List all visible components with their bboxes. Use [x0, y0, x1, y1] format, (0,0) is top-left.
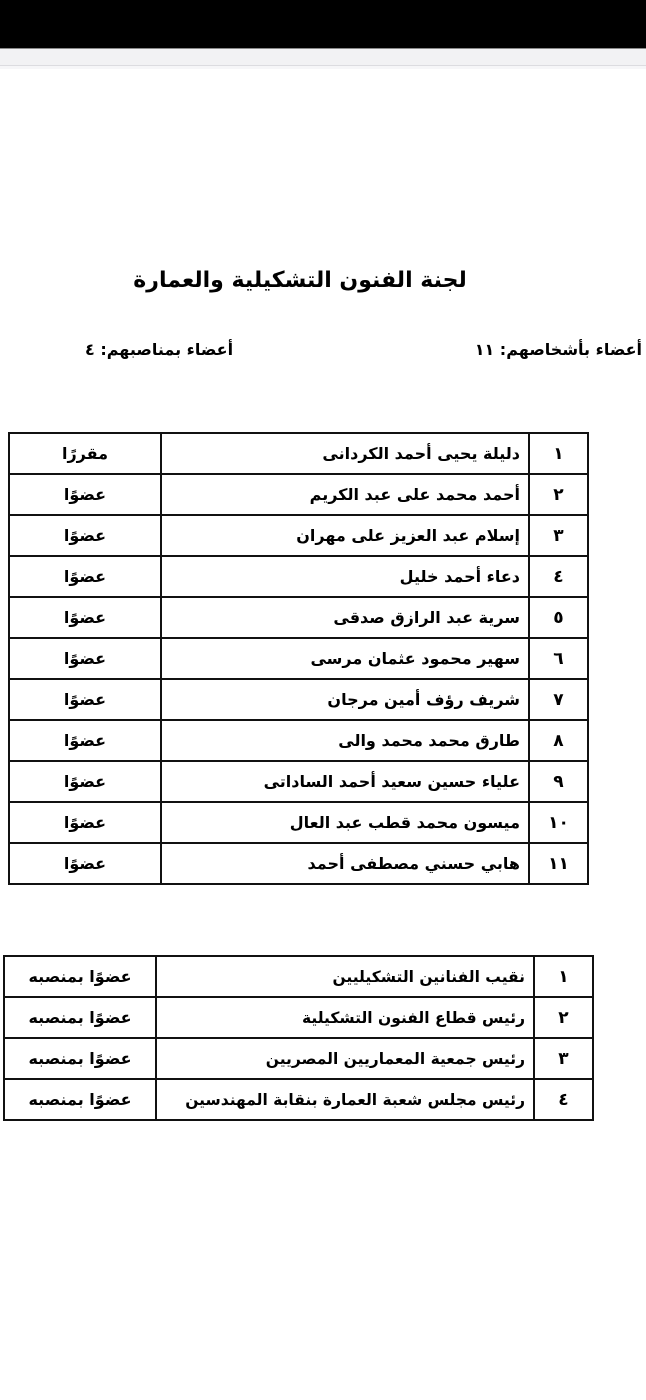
row-number: ٧	[529, 679, 588, 720]
member-name: ميسون محمد قطب عبد العال	[161, 802, 529, 843]
row-number: ١١	[529, 843, 588, 884]
row-number: ٨	[529, 720, 588, 761]
table-row: ٣ رئيس جمعية المعماريين المصريين عضوًا ب…	[4, 1038, 593, 1079]
member-role: عضوًا بمنصبه	[4, 1079, 156, 1120]
member-name: دليلة يحيى أحمد الكردانى	[161, 433, 529, 474]
positions-count-label: أعضاء بمناصبهم: ٤	[85, 340, 233, 359]
position-name: رئيس جمعية المعماريين المصريين	[156, 1038, 534, 1079]
table-row: ١٠ ميسون محمد قطب عبد العال عضوًا	[9, 802, 588, 843]
member-name: علياء حسين سعيد أحمد الساداتى	[161, 761, 529, 802]
members-by-position-table: ١ نقيب الفنانين التشكيليين عضوًا بمنصبه …	[3, 955, 594, 1121]
member-name: طارق محمد محمد والى	[161, 720, 529, 761]
row-number: ١	[534, 956, 593, 997]
row-number: ٩	[529, 761, 588, 802]
table-row: ١١ هابي حسني مصطفى أحمد عضوًا	[9, 843, 588, 884]
table-row: ٢ رئيس قطاع الفنون التشكيلية عضوًا بمنصب…	[4, 997, 593, 1038]
table-row: ٤ رئيس مجلس شعبة العمارة بنقابة المهندسي…	[4, 1079, 593, 1120]
table-row: ١ نقيب الفنانين التشكيليين عضوًا بمنصبه	[4, 956, 593, 997]
member-name: شريف رؤف أمين مرجان	[161, 679, 529, 720]
toolbar-shadow	[0, 66, 646, 69]
row-number: ١٠	[529, 802, 588, 843]
member-role: عضوًا	[9, 720, 161, 761]
member-role: عضوًا	[9, 597, 161, 638]
member-name: سرية عبد الرازق صدقى	[161, 597, 529, 638]
document-title: لجنة الفنون التشكيلية والعمارة	[0, 268, 600, 293]
table-row: ٤ دعاء أحمد خليل عضوًا	[9, 556, 588, 597]
member-role: عضوًا	[9, 843, 161, 884]
row-number: ٤	[534, 1079, 593, 1120]
member-name: سهير محمود عثمان مرسى	[161, 638, 529, 679]
position-name: رئيس مجلس شعبة العمارة بنقابة المهندسين	[156, 1079, 534, 1120]
row-number: ٥	[529, 597, 588, 638]
member-role: عضوًا بمنصبه	[4, 956, 156, 997]
member-role: عضوًا بمنصبه	[4, 1038, 156, 1079]
member-name: إسلام عبد العزيز على مهران	[161, 515, 529, 556]
member-role: عضوًا	[9, 638, 161, 679]
members-by-person-table: ١ دليلة يحيى أحمد الكردانى مقررًا ٢ أحمد…	[8, 432, 589, 885]
position-name: نقيب الفنانين التشكيليين	[156, 956, 534, 997]
table-row: ٦ سهير محمود عثمان مرسى عضوًا	[9, 638, 588, 679]
table-row: ٩ علياء حسين سعيد أحمد الساداتى عضوًا	[9, 761, 588, 802]
member-name: دعاء أحمد خليل	[161, 556, 529, 597]
table-row: ٨ طارق محمد محمد والى عضوًا	[9, 720, 588, 761]
member-role: عضوًا	[9, 556, 161, 597]
status-bar	[0, 0, 646, 48]
row-number: ٣	[529, 515, 588, 556]
member-name: أحمد محمد على عبد الكريم	[161, 474, 529, 515]
member-role: مقررًا	[9, 433, 161, 474]
member-name: هابي حسني مصطفى أحمد	[161, 843, 529, 884]
member-role: عضوًا	[9, 474, 161, 515]
row-number: ٣	[534, 1038, 593, 1079]
row-number: ١	[529, 433, 588, 474]
member-role: عضوًا	[9, 802, 161, 843]
table-row: ١ دليلة يحيى أحمد الكردانى مقررًا	[9, 433, 588, 474]
row-number: ٤	[529, 556, 588, 597]
table-row: ٧ شريف رؤف أمين مرجان عضوًا	[9, 679, 588, 720]
row-number: ٦	[529, 638, 588, 679]
member-role: عضوًا	[9, 679, 161, 720]
table-row: ٣ إسلام عبد العزيز على مهران عضوًا	[9, 515, 588, 556]
persons-count-label: أعضاء بأشخاصهم: ١١	[475, 340, 642, 359]
row-number: ٢	[534, 997, 593, 1038]
position-name: رئيس قطاع الفنون التشكيلية	[156, 997, 534, 1038]
member-role: عضوًا	[9, 761, 161, 802]
viewer-toolbar-strip	[0, 48, 646, 66]
table-row: ٢ أحمد محمد على عبد الكريم عضوًا	[9, 474, 588, 515]
row-number: ٢	[529, 474, 588, 515]
table-row: ٥ سرية عبد الرازق صدقى عضوًا	[9, 597, 588, 638]
member-role: عضوًا	[9, 515, 161, 556]
member-role: عضوًا بمنصبه	[4, 997, 156, 1038]
